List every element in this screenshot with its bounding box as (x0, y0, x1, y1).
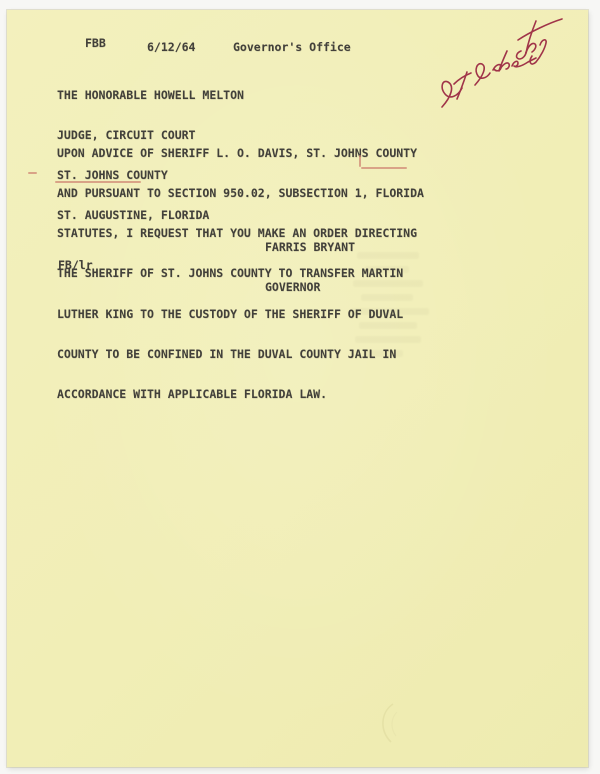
typist-initials: FBB (85, 37, 106, 50)
office-line: Governor's Office (233, 41, 351, 54)
scan-background: FBB 6/12/64 Governor's Office THE HONORA… (0, 0, 600, 774)
signature-block: FARRIS BRYANT GOVERNOR (265, 214, 355, 321)
handwritten-annotation (428, 8, 588, 123)
red-underline-martin (361, 167, 407, 169)
body-line: AND PURSUANT TO SECTION 950.02, SUBSECTI… (57, 187, 424, 200)
body-line: ACCORDANCE WITH APPLICABLE FLORIDA LAW. (57, 388, 424, 401)
signature-title: GOVERNOR (265, 281, 355, 294)
red-tick-before-martin (359, 155, 361, 167)
reference-initials: FB/lr (58, 259, 93, 272)
signature-name: FARRIS BRYANT (265, 241, 355, 254)
body-line: LUTHER KING TO THE CUSTODY OF THE SHERIF… (57, 308, 424, 321)
body-line: COUNTY TO BE CONFINED IN THE DUVAL COUNT… (57, 348, 424, 361)
paper-watermark (367, 698, 417, 753)
body-line: STATUTES, I REQUEST THAT YOU MAKE AN ORD… (57, 227, 424, 240)
date-line: 6/12/64 (147, 41, 195, 54)
red-left-margin-dash (28, 172, 37, 174)
red-underline-luther-king (55, 181, 141, 183)
body-line: UPON ADVICE OF SHERIFF L. O. DAVIS, ST. … (57, 147, 424, 160)
recipient-name: THE HONORABLE HOWELL MELTON (57, 89, 244, 102)
body-line: THE SHERIFF OF ST. JOHNS COUNTY TO TRANS… (57, 267, 424, 280)
